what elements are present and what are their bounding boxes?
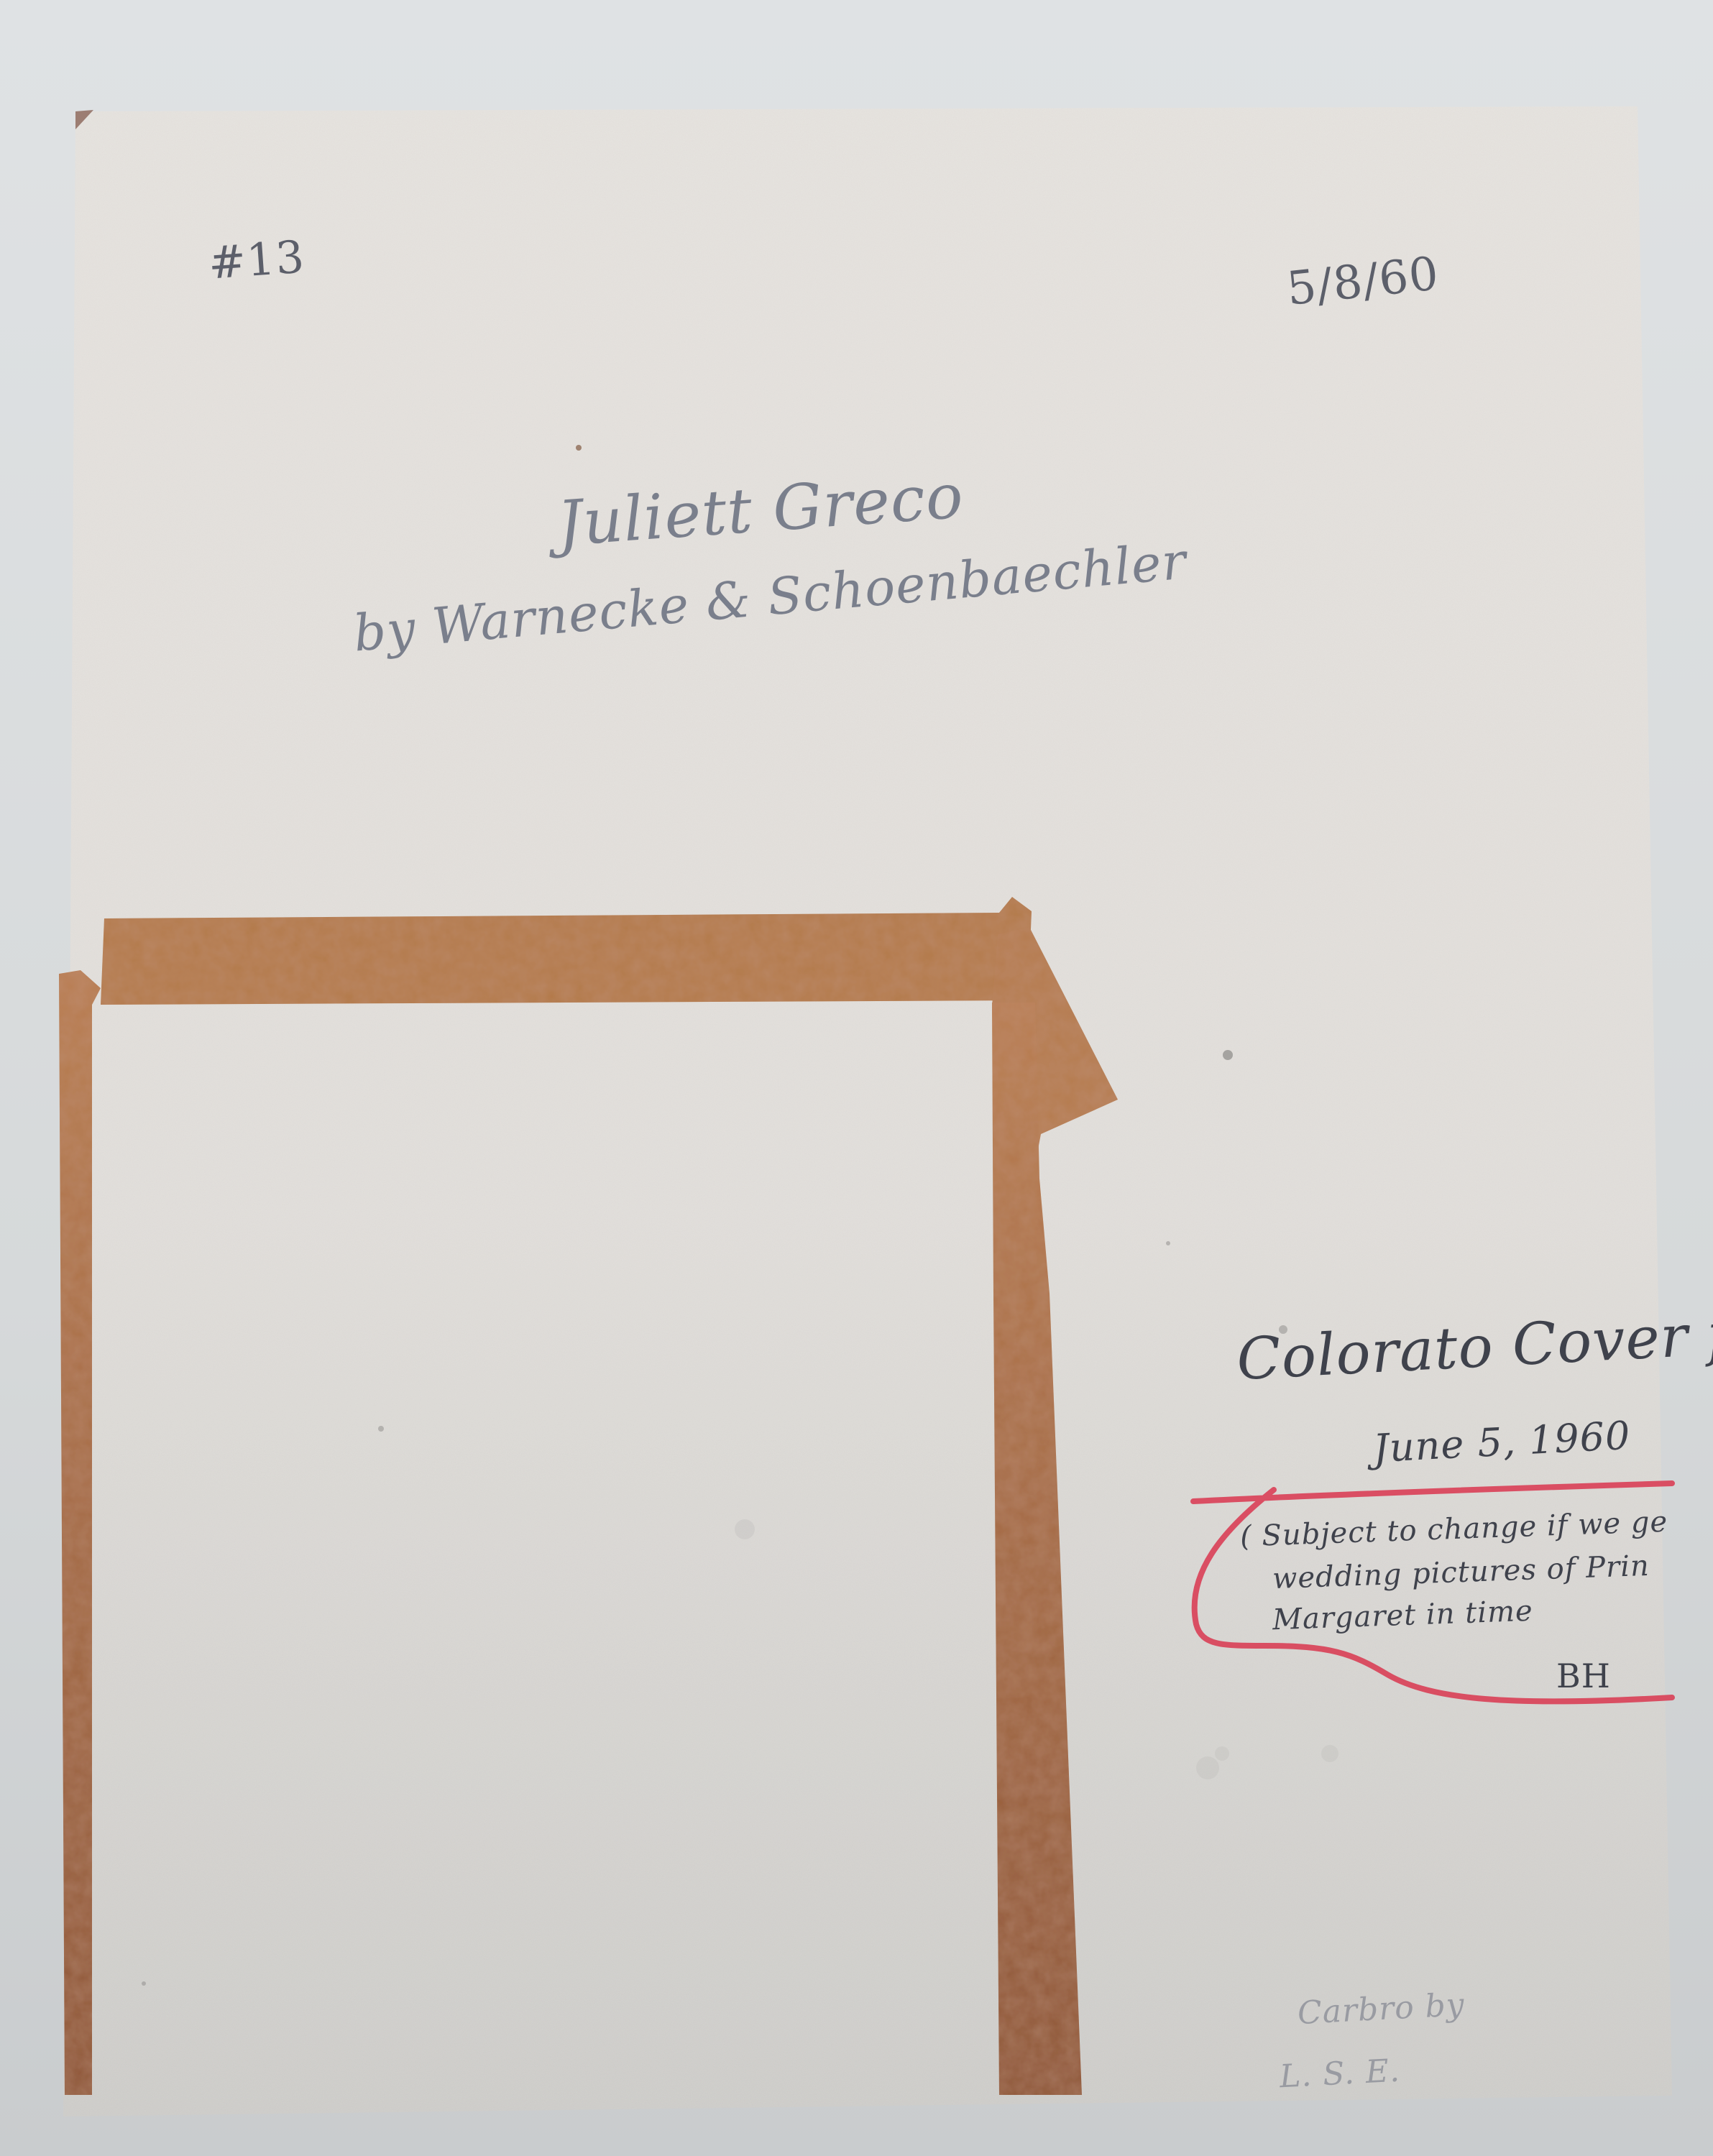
carbro-credit-initials: L. S. E. [1279, 2053, 1401, 2096]
artwork-board-back: #13 5/8/60 Juliett Greco by Warnecke & S… [0, 0, 1713, 2156]
item-number: #13 [207, 230, 307, 289]
document-scene: #13 5/8/60 Juliett Greco by Warnecke & S… [0, 0, 1713, 2156]
board-graphics [0, 0, 1713, 2156]
initials: BH [1556, 1657, 1611, 1695]
paper-sheet [63, 106, 1672, 2116]
